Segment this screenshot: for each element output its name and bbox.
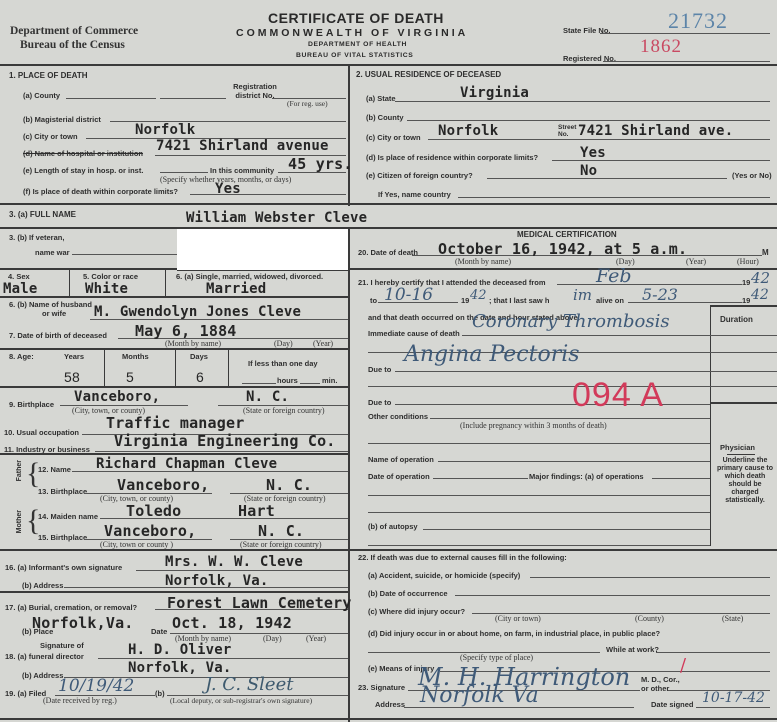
attended-from-value: Feb: [596, 265, 632, 287]
burial-label: 17. (a) Burial, cremation, or removal?: [5, 603, 137, 612]
where-state-note: (State): [722, 614, 743, 623]
phys-address-label: Address: [375, 700, 405, 709]
full-name-label: 3. (a) FULL NAME: [9, 210, 76, 219]
spouse-label: 6. (b) Name of husband: [9, 300, 92, 309]
months-label: Months: [122, 352, 149, 361]
filed-value: 10/19/42: [58, 676, 134, 696]
immediate-cause-value: Coronary Thrombosis: [472, 311, 670, 332]
res-state-label: (a) State: [366, 94, 396, 103]
burial-day-note: (Day): [263, 634, 282, 643]
months-value: 5: [126, 369, 134, 385]
burial-date-value: Oct. 18, 1942: [172, 614, 292, 632]
mother-state-note: (State or foreign country): [240, 540, 322, 549]
min-label: min.: [322, 376, 337, 385]
dob-day-note: (Day): [274, 339, 293, 348]
occupation-label: 10. Usual occupation: [4, 428, 79, 437]
burial-place-value: Norfolk,Va.: [32, 614, 134, 632]
res-county-label: (b) County: [366, 113, 404, 122]
mother-birth-city: Vanceboro,: [104, 522, 196, 540]
less-than-day-label: If less than one day: [248, 359, 318, 368]
md-label: M. D., Cor.,: [641, 675, 680, 684]
death-hour-note: (Hour): [737, 257, 759, 266]
birthplace-state-note: (State or foreign country): [243, 406, 325, 415]
full-name-value: William Webster Cleve: [186, 210, 367, 226]
informant-sig-value: Mrs. W. W. Cleve: [165, 554, 303, 570]
res-corporate-label: (d) Is place of residence within corpora…: [366, 153, 538, 162]
city-value: Norfolk: [135, 122, 195, 138]
res-city-label: (c) City or town: [366, 133, 421, 142]
county-label: (a) County: [23, 91, 60, 100]
occupation-value: Traffic manager: [106, 414, 244, 432]
birthplace-city: Vanceboro,: [74, 389, 160, 405]
burial-date-label: Date: [151, 627, 167, 636]
date-signed-value: 10-17-42: [702, 690, 765, 706]
hospital-label: (d) Name of hospital or institution: [23, 149, 143, 158]
date-of-death-label: 20. Date of death: [358, 248, 418, 257]
external-heading: 22. If death was due to external causes …: [358, 553, 567, 562]
city-label: (c) City or town: [23, 132, 78, 141]
res-city-value: Norfolk: [438, 123, 498, 139]
date-signed-label: Date signed: [651, 700, 694, 709]
war-label: name war: [35, 248, 70, 257]
dob-month-note: (Month by name): [165, 339, 221, 348]
registered-number: 1862: [640, 36, 682, 58]
community-label: In this community: [210, 166, 274, 175]
race-label: 5. Color or race: [83, 272, 138, 281]
mother-city-note: (City, town or county ): [100, 540, 173, 549]
registrar-label: (b): [155, 689, 165, 698]
mother-side-label: Mother: [16, 510, 23, 533]
citizen-label: (e) Citizen of foreign country?: [366, 171, 473, 180]
days-label: Days: [190, 352, 208, 361]
father-brace: {: [26, 459, 40, 489]
if-yes-label: If Yes, name country: [378, 190, 451, 199]
informant-address-value: Norfolk, Va.: [165, 573, 269, 589]
where-city-note: (City or town): [495, 614, 541, 623]
immediate-cause-label: Immediate cause of death: [368, 329, 460, 338]
red-check-mark: /: [680, 655, 686, 676]
or-other-label: or other: [641, 684, 669, 693]
mother-last-name: Hart: [238, 502, 275, 520]
director-value: H. D. Oliver: [128, 642, 232, 658]
years-value: 58: [64, 369, 80, 385]
where-label: (c) Where did injury occur?: [368, 607, 465, 616]
sex-label: 4. Sex: [8, 272, 30, 281]
physician-label: Physician: [720, 443, 755, 452]
res-corporate-value: Yes: [580, 145, 606, 161]
other-conditions-label: Other conditions: [368, 412, 428, 421]
from-year: 42: [751, 269, 770, 287]
hours-label: hours: [277, 376, 298, 385]
registrar-signature: J. C. Sleet: [205, 674, 293, 695]
burial-year-note: (Year): [306, 634, 326, 643]
residence-heading: 2. USUAL RESIDENCE OF DECEASED: [356, 70, 501, 79]
veteran-label: 3. (b) If veteran,: [9, 233, 64, 242]
father-birth-state: N. C.: [266, 476, 312, 494]
filed-note: (Date received by reg.): [43, 696, 117, 705]
due-to-value: Angina Pectoris: [404, 342, 580, 367]
father-side-label: Father: [16, 460, 23, 481]
redacted-region: [177, 229, 348, 270]
signature-label: 23. Signature: [358, 683, 405, 692]
days-value: 6: [196, 369, 204, 385]
mother-brace: {: [26, 506, 40, 536]
stay-label: (e) Length of stay in hosp. or inst.: [23, 166, 143, 175]
duration-label: Duration: [720, 315, 753, 324]
from-year-prefix: 19: [742, 278, 750, 287]
spouse-label-2: or wife: [42, 309, 66, 318]
to-value: 10-16: [384, 285, 433, 305]
mother-birth-state: N. C.: [258, 522, 304, 540]
place-of-death-heading: 1. PLACE OF DEATH: [9, 71, 88, 80]
sex-value: Male: [3, 281, 38, 297]
mother-birth-label: 15. Birthplace: [38, 533, 87, 542]
death-month-note: (Month by name): [455, 257, 511, 266]
community-value: 45 yrs.: [288, 155, 353, 173]
dob-value: May 6, 1884: [135, 322, 237, 340]
to-year-prefix: 19: [461, 296, 469, 305]
findings-label: Major findings: (a) of operations: [529, 472, 644, 481]
to-year: 42: [470, 288, 487, 303]
dob-label: 7. Date of birth of deceased: [9, 331, 107, 340]
due-to-label: Due to: [368, 365, 391, 374]
father-birth-city: Vanceboro,: [117, 476, 209, 494]
father-name-label: 12. Name: [38, 465, 71, 474]
spouse-value: M. Gwendolyn Jones Cleve: [94, 304, 301, 320]
physician-note: Underline the primary cause to which dea…: [714, 457, 776, 505]
father-birth-label: 13. Birthplace: [38, 487, 87, 496]
mother-name-label: 14. Maiden name: [38, 512, 98, 521]
mother-first-name: Toledo: [126, 502, 181, 520]
street-label: Street No.: [558, 124, 576, 138]
autopsy-label: (b) of autopsy: [368, 522, 418, 531]
alive-on-value: 5-23: [642, 285, 678, 304]
last-saw-value: im: [573, 286, 592, 304]
department-label: DEPARTMENT OF HEALTH: [308, 41, 407, 48]
occurrence-label: (b) Date of occurrence: [368, 589, 448, 598]
commonwealth-label: COMMONWEALTH OF VIRGINIA: [236, 27, 468, 39]
filed-label: 19. (a) Filed: [5, 689, 46, 698]
dept-commerce: Department of Commerce: [10, 24, 138, 38]
last-saw-label: ; that I last saw h: [489, 296, 549, 305]
informant-address-label: (b) Address: [22, 581, 63, 590]
marital-value: Married: [206, 281, 266, 297]
op-date-label: Date of operation: [368, 472, 430, 481]
place-type-note: (Specify type of place): [460, 653, 533, 662]
years-label: Years: [64, 352, 84, 361]
bureau-label: BUREAU OF VITAL STATISTICS: [296, 52, 413, 59]
death-year-note: (Year): [686, 257, 706, 266]
industry-value: Virginia Engineering Co.: [114, 432, 336, 450]
director-label: 18. (a) funeral director: [5, 652, 84, 661]
res-state-value: Virginia: [460, 85, 529, 101]
reg-use-note: (For reg. use): [287, 99, 328, 108]
dob-year-note: (Year): [313, 339, 333, 348]
code-stamp: 094 A: [572, 376, 664, 415]
state-file-number: 21732: [668, 8, 728, 34]
alive-year-prefix: 19: [742, 296, 750, 305]
age-label: 8. Age:: [9, 352, 34, 361]
citizen-value: No: [580, 163, 597, 179]
pregnancy-note: (Include pregnancy within 3 months of de…: [460, 421, 607, 430]
date-of-death-m: M: [762, 248, 769, 257]
race-value: White: [85, 281, 128, 297]
father-name-value: Richard Chapman Cleve: [96, 456, 277, 472]
birthplace-state: N. C.: [246, 389, 289, 405]
medical-heading: MEDICAL CERTIFICATION: [517, 230, 617, 239]
due-to-2-label: Due to: [368, 398, 391, 407]
birthplace-label: 9. Birthplace: [9, 400, 54, 409]
date-of-death-value: October 16, 1942, at 5 a.m.: [438, 240, 687, 258]
marital-label: 6. (a) Single, married, widowed, divorce…: [176, 272, 323, 281]
operation-label: Name of operation: [368, 455, 434, 464]
work-label: While at work?: [606, 645, 659, 654]
magisterial-label: (b) Magisterial district: [23, 115, 101, 124]
informant-sig-label: 16. (a) Informant's own signature: [5, 563, 122, 572]
bureau-census-label: Bureau of the Census: [20, 38, 125, 52]
accident-label: (a) Accident, suicide, or homicide (spec…: [368, 571, 520, 580]
phys-address-value: Norfolk Va: [420, 683, 539, 708]
alive-year: 42: [751, 287, 769, 303]
corporate-label: (f) Is place of death within corporate l…: [23, 187, 178, 196]
corporate-value: Yes: [215, 181, 241, 197]
res-street-value: 7421 Shirland ave.: [578, 123, 733, 139]
hospital-value: 7421 Shirland avenue: [156, 138, 329, 154]
registrar-note: (Local deputy, or sub-registrar's own si…: [170, 696, 312, 705]
yes-no-note: (Yes or No): [732, 171, 772, 180]
to-label: to: [370, 296, 377, 305]
where-county-note: (County): [635, 614, 664, 623]
burial-value: Forest Lawn Cemetery: [167, 594, 352, 612]
alive-on-label: alive on: [596, 296, 624, 305]
home-label: (d) Did injury occur in or about home, o…: [368, 629, 660, 638]
director-label-top: Signature of: [40, 641, 84, 650]
certificate-title: CERTIFICATE OF DEATH: [268, 10, 444, 26]
